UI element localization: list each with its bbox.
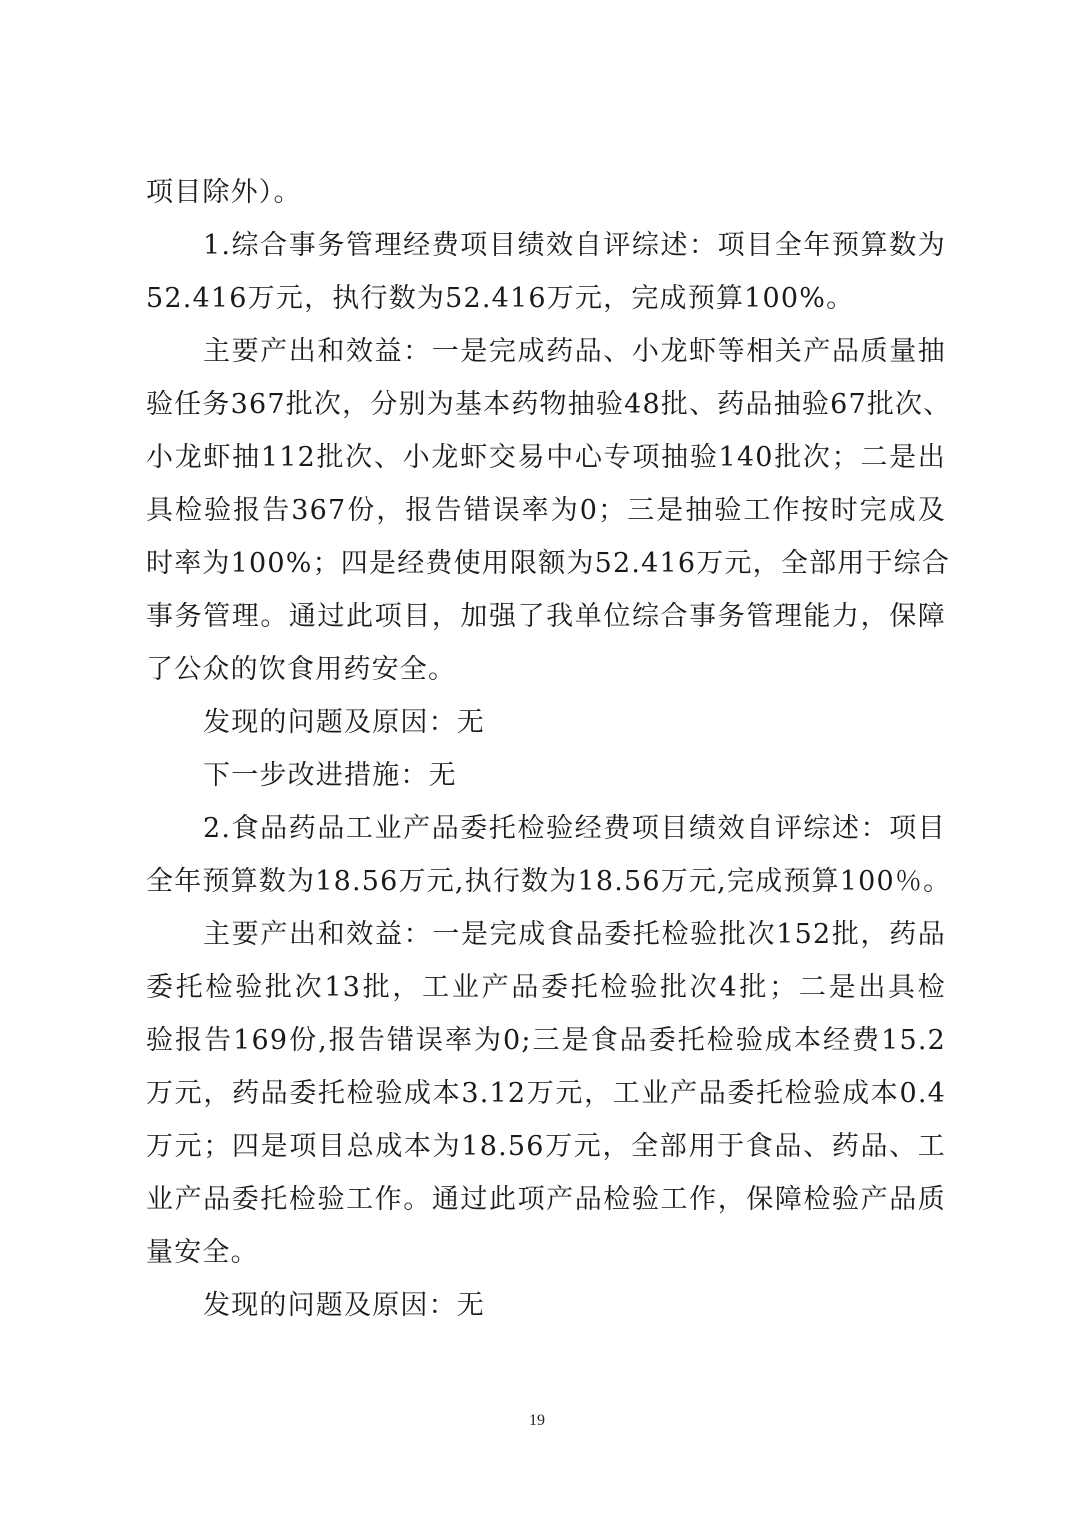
text-line: 52.416万元，执行数为52.416万元，完成预算100%。 xyxy=(146,272,946,325)
text-line: 下一步改进措施：无 xyxy=(146,749,946,802)
text-line: 主要产出和效益：一是完成食品委托检验批次152批，药品 xyxy=(146,908,946,961)
page-number: 19 xyxy=(0,1412,1074,1430)
text-line: 了公众的饮食用药安全。 xyxy=(146,643,946,696)
text-line: 2.食品药品工业产品委托检验经费项目绩效自评综述：项目 xyxy=(146,802,946,855)
text-line: 验任务367批次，分别为基本药物抽验48批、药品抽验67批次、 xyxy=(146,378,946,431)
text-line: 发现的问题及原因：无 xyxy=(146,696,946,749)
text-line: 万元，药品委托检验成本3.12万元，工业产品委托检验成本0.4 xyxy=(146,1067,946,1120)
text-line: 项目除外）。 xyxy=(146,166,946,219)
text-line: 主要产出和效益：一是完成药品、小龙虾等相关产品质量抽 xyxy=(146,325,946,378)
text-line: 委托检验批次13批，工业产品委托检验批次4批；二是出具检 xyxy=(146,961,946,1014)
text-line: 小龙虾抽112批次、小龙虾交易中心专项抽验140批次；二是出 xyxy=(146,431,946,484)
text-line: 发现的问题及原因：无 xyxy=(146,1279,946,1332)
text-line: 具检验报告367份，报告错误率为0；三是抽验工作按时完成及 xyxy=(146,484,946,537)
document-body: 项目除外）。 1.综合事务管理经费项目绩效自评综述：项目全年预算数为 52.41… xyxy=(146,166,946,1332)
text-line: 全年预算数为18.56万元,执行数为18.56万元,完成预算100％。 xyxy=(146,855,946,908)
text-line: 1.综合事务管理经费项目绩效自评综述：项目全年预算数为 xyxy=(146,219,946,272)
text-line: 验报告169份,报告错误率为0;三是食品委托检验成本经费15.2 xyxy=(146,1014,946,1067)
text-line: 万元；四是项目总成本为18.56万元，全部用于食品、药品、工 xyxy=(146,1120,946,1173)
text-line: 事务管理。通过此项目，加强了我单位综合事务管理能力，保障 xyxy=(146,590,946,643)
text-line: 时率为100%；四是经费使用限额为52.416万元，全部用于综合 xyxy=(146,537,946,590)
text-line: 量安全。 xyxy=(146,1226,946,1279)
text-line: 业产品委托检验工作。通过此项产品检验工作，保障检验产品质 xyxy=(146,1173,946,1226)
